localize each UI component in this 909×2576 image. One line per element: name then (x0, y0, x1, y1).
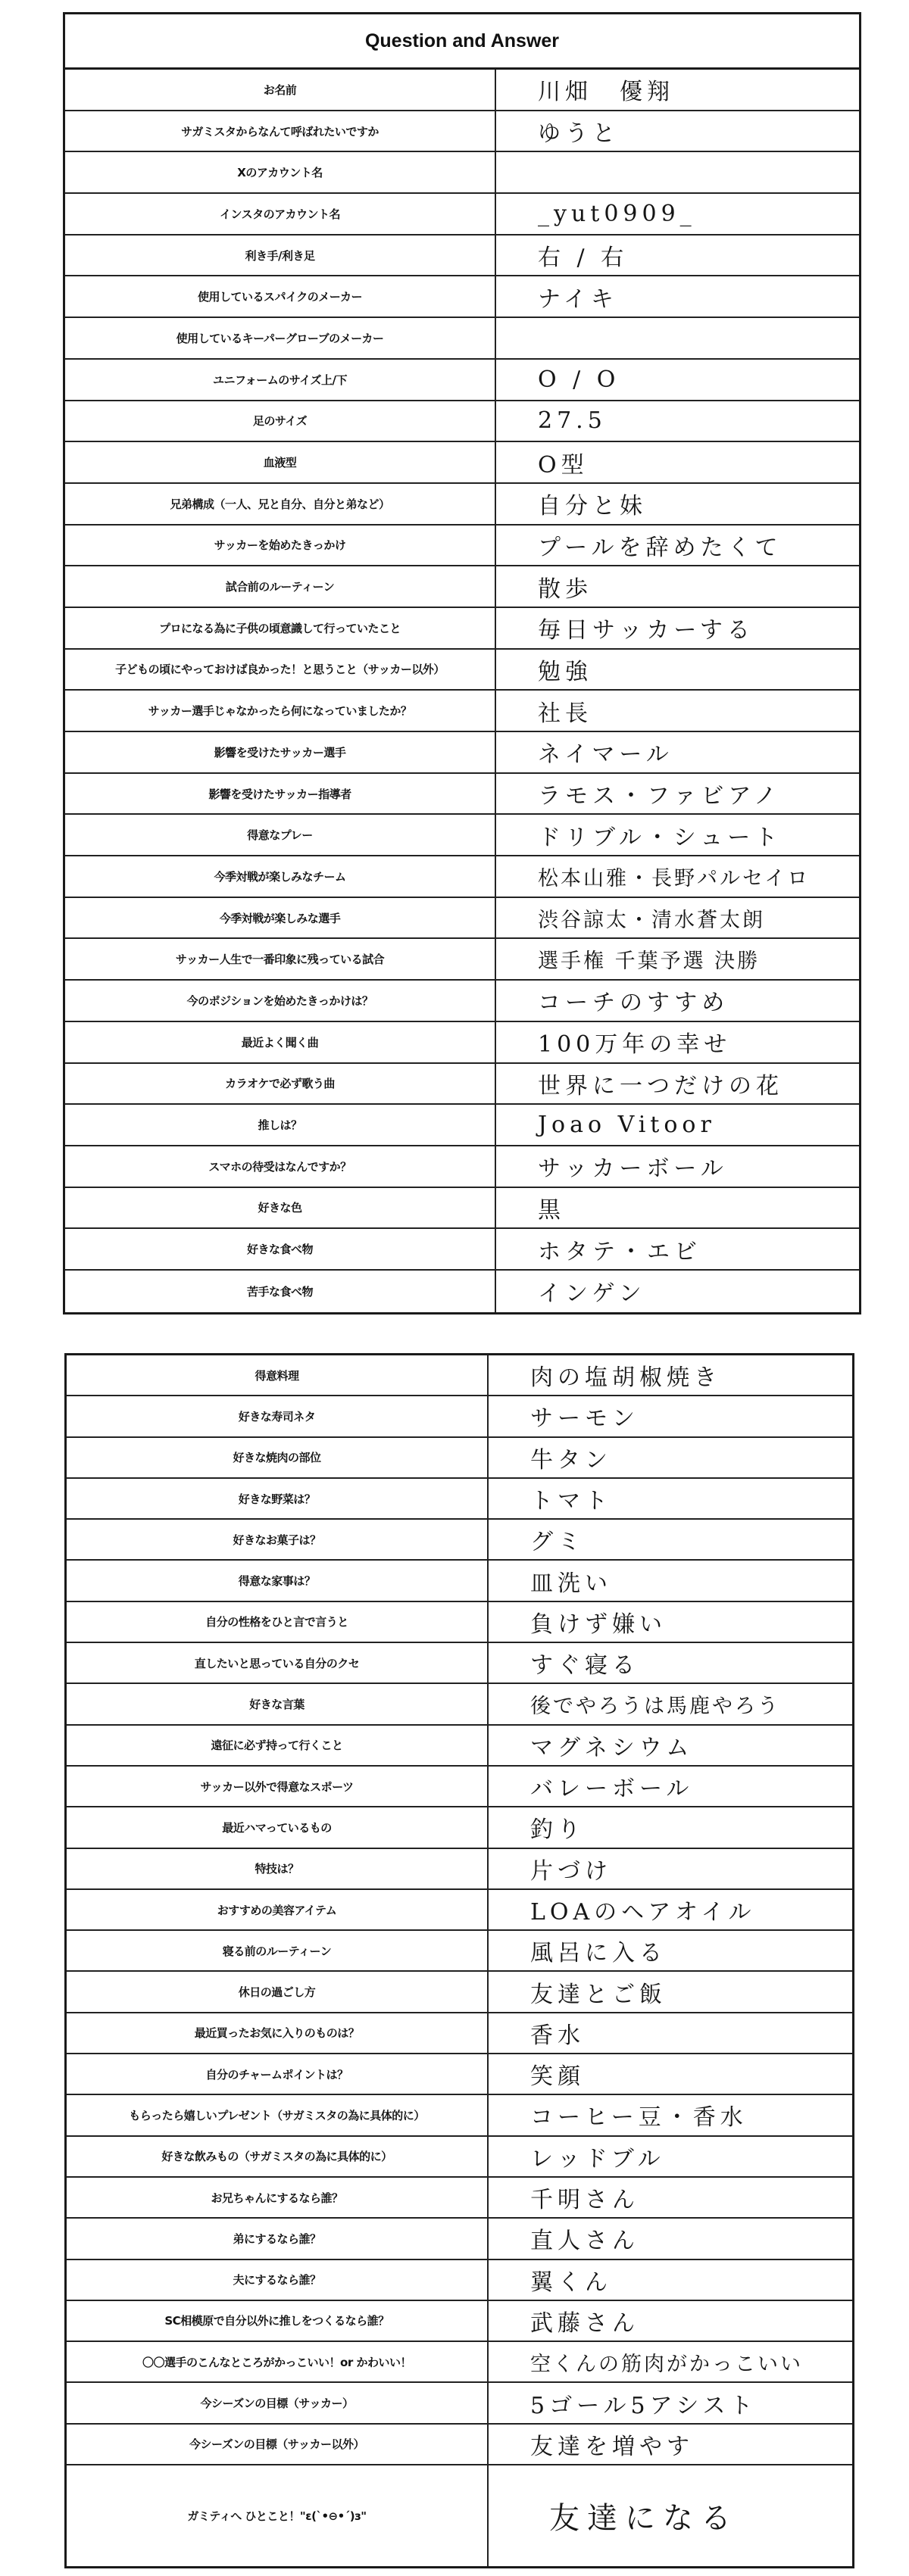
question-label: 試合前のルーティーン (65, 566, 496, 607)
question-label: SC相模原で自分以外に推しをつくるなら誰？ (67, 2301, 489, 2341)
qa-row: 最近買ったお気に入りのものは？香水 (67, 2013, 852, 2054)
handwritten-answer: レッドブル (489, 2137, 852, 2176)
qa-row: もらったら嬉しいプレゼント（サガミスタの為に具体的に）コーヒー豆・香水 (67, 2095, 852, 2136)
question-label: インスタのアカウント名 (65, 194, 496, 234)
question-label: 直したいと思っている自分のクセ (67, 1643, 489, 1683)
qa-row: 今季対戦が楽しみなチーム松本山雅・長野パルセイロ (65, 856, 859, 898)
question-label: スマホの待受はなんですか？ (65, 1146, 496, 1187)
handwritten-answer: 後でやろうは馬鹿やろう (489, 1684, 852, 1723)
handwritten-answer: 松本山雅・長野パルセイロ (496, 856, 859, 897)
question-label: 自分の性格をひと言で言うと (67, 1602, 489, 1642)
qa-row: プロになる為に子供の頃意識して行っていたこと毎日サッカーする (65, 608, 859, 650)
qa-row: 苦手な食べ物インゲン (65, 1271, 859, 1312)
question-label: カラオケで必ず歌う曲 (65, 1064, 496, 1104)
qa-row: 〇〇選手のこんなところがかっこいい！or かわいい！空くんの筋肉がかっこいい (67, 2342, 852, 2383)
qa-row: 得意な家事は？皿洗い (67, 1561, 852, 1601)
question-label: サッカーを始めたきっかけ (65, 525, 496, 566)
question-label: 子どもの頃にやっておけば良かった！と思うこと（サッカー以外） (65, 650, 496, 690)
qa-row: SC相模原で自分以外に推しをつくるなら誰？武藤さん (67, 2301, 852, 2342)
qa-row: 今のポジションを始めたきっかけは？コーチのすすめ (65, 981, 859, 1022)
handwritten-answer: 皿洗い (489, 1561, 852, 1600)
question-label: Xのアカウント名 (65, 152, 496, 192)
qa-row: 好きな言葉後でやろうは馬鹿やろう (67, 1684, 852, 1725)
qa-row: 影響を受けたサッカー指導者ラモス・ファビアノ (65, 774, 859, 816)
qa-row: 好きな焼肉の部位牛タン (67, 1438, 852, 1479)
handwritten-answer: ホタテ・エビ (496, 1229, 859, 1269)
qa-row: 弟にするなら誰？直人さん (67, 2219, 852, 2259)
handwritten-answer: グミ (489, 1520, 852, 1559)
question-label: 今シーズンの目標（サッカー） (67, 2383, 489, 2422)
qa-row: 好きな寿司ネタサーモン (67, 1396, 852, 1437)
handwritten-answer: 友達とご飯 (489, 1972, 852, 2011)
question-label: 今シーズンの目標（サッカー以外） (67, 2425, 489, 2464)
handwritten-answer: 5ゴール5アシスト (489, 2383, 852, 2422)
handwritten-answer: 川畑 優翔 (496, 70, 859, 110)
qa-row: 遠征に必ず持って行くことマグネシウム (67, 1726, 852, 1767)
handwritten-answer: O / O (496, 360, 859, 400)
qa-row: サッカー人生で一番印象に残っている試合選手権 千葉予選 決勝 (65, 939, 859, 981)
qa-table-2: 得意料理肉の塩胡椒焼き好きな寿司ネタサーモン好きな焼肉の部位牛タン好きな野菜は？… (64, 1353, 854, 2568)
handwritten-answer (496, 318, 859, 358)
handwritten-answer: サッカーボール (496, 1146, 859, 1187)
handwritten-answer: Joao Vitoor (496, 1105, 859, 1145)
question-label: 遠征に必ず持って行くこと (67, 1726, 489, 1765)
handwritten-answer: ラモス・ファビアノ (496, 774, 859, 814)
question-label: ユニフォームのサイズ上/下 (65, 360, 496, 400)
qa-row: 影響を受けたサッカー選手ネイマール (65, 732, 859, 774)
handwritten-answer: O型 (496, 442, 859, 482)
question-label: ガミティへ ひとこと！"ε(`•⊖•´)з" (67, 2465, 489, 2566)
question-label: 最近ハマっているもの (67, 1807, 489, 1847)
qa-row: 好きな野菜は？トマト (67, 1479, 852, 1520)
handwritten-answer: ネイマール (496, 732, 859, 772)
handwritten-answer: 自分と妹 (496, 484, 859, 524)
question-label: 血液型 (65, 442, 496, 482)
handwritten-answer: 笑顔 (489, 2054, 852, 2094)
question-label: 好きな言葉 (67, 1684, 489, 1723)
handwritten-answer: 武藤さん (489, 2301, 852, 2341)
qa-row: 子どもの頃にやっておけば良かった！と思うこと（サッカー以外）勉強 (65, 650, 859, 691)
handwritten-answer: 負けず嫌い (489, 1602, 852, 1642)
handwritten-answer: プールを辞めたくて (496, 525, 859, 566)
qa-row: 得意なプレードリブル・シュート (65, 815, 859, 856)
question-label: 好きな焼肉の部位 (67, 1438, 489, 1477)
qa-row: 自分の性格をひと言で言うと負けず嫌い (67, 1602, 852, 1643)
handwritten-answer: 牛タン (489, 1438, 852, 1477)
qa-row: おすすめの美容アイテムLOAのヘアオイル (67, 1890, 852, 1931)
handwritten-answer: 風呂に入る (489, 1931, 852, 1970)
question-label: 得意な家事は？ (67, 1561, 489, 1600)
question-label: サッカー人生で一番印象に残っている試合 (65, 939, 496, 979)
question-label: 好きな野菜は？ (67, 1479, 489, 1518)
qa-table-1: Question and Answer お名前川畑 優翔サガミスタからなんて呼ば… (63, 12, 861, 1315)
handwritten-answer: 100万年の幸せ (496, 1022, 859, 1062)
qa-row: 好きな食べ物ホタテ・エビ (65, 1229, 859, 1271)
handwritten-answer: 散歩 (496, 566, 859, 607)
question-label: お名前 (65, 70, 496, 110)
qa-row: 足のサイズ27.5 (65, 401, 859, 443)
qa-row: 直したいと思っている自分のクセすぐ寝る (67, 1643, 852, 1684)
handwritten-answer: 空くんの筋肉がかっこいい (489, 2342, 852, 2381)
qa-row: 推しは？Joao Vitoor (65, 1105, 859, 1146)
handwritten-answer: トマト (489, 1479, 852, 1518)
handwritten-answer: 右 / 右 (496, 235, 859, 276)
qa-row: 自分のチャームポイントは？笑顔 (67, 2054, 852, 2095)
question-label: 利き手/利き足 (65, 235, 496, 276)
qa-row: 好きな色黒 (65, 1188, 859, 1230)
qa-row: お名前川畑 優翔 (65, 70, 859, 111)
qa-row: インスタのアカウント名_yut0909_ (65, 194, 859, 235)
question-label: サッカー以外で得意なスポーツ (67, 1767, 489, 1806)
handwritten-answer: 片づけ (489, 1849, 852, 1888)
qa-row: ガミティへ ひとこと！"ε(`•⊖•´)з"友達になる (67, 2465, 852, 2566)
handwritten-answer: 渋谷諒太・清水蒼太朗 (496, 898, 859, 938)
question-label: もらったら嬉しいプレゼント（サガミスタの為に具体的に） (67, 2095, 489, 2135)
qa-row: サガミスタからなんて呼ばれたいですかゆうと (65, 111, 859, 153)
handwritten-answer: すぐ寝る (489, 1643, 852, 1683)
question-label: 寝る前のルーティーン (67, 1931, 489, 1970)
qa-row: 特技は？片づけ (67, 1849, 852, 1890)
question-label: 好きな寿司ネタ (67, 1396, 489, 1436)
handwritten-answer: 選手権 千葉予選 決勝 (496, 939, 859, 979)
qa-row: 利き手/利き足右 / 右 (65, 235, 859, 277)
question-label: 最近買ったお気に入りのものは？ (67, 2013, 489, 2053)
question-label: 得意料理 (67, 1355, 489, 1395)
qa-row: 最近よく聞く曲100万年の幸せ (65, 1022, 859, 1064)
question-label: サッカー選手じゃなかったら何になっていましたか？ (65, 691, 496, 731)
qa-row: 寝る前のルーティーン風呂に入る (67, 1931, 852, 1972)
handwritten-answer: バレーボール (489, 1767, 852, 1806)
question-label: おすすめの美容アイテム (67, 1890, 489, 1929)
qa-row: 今シーズンの目標（サッカー以外）友達を増やす (67, 2425, 852, 2465)
qa-row: 今シーズンの目標（サッカー）5ゴール5アシスト (67, 2383, 852, 2424)
handwritten-answer (496, 152, 859, 192)
question-label: 今季対戦が楽しみなチーム (65, 856, 496, 897)
qa-row: 血液型O型 (65, 442, 859, 484)
question-label: 特技は？ (67, 1849, 489, 1888)
handwritten-answer: 翼くん (489, 2260, 852, 2300)
question-label: 今のポジションを始めたきっかけは？ (65, 981, 496, 1021)
qa-row: 夫にするなら誰？翼くん (67, 2260, 852, 2301)
qa-row: サッカーを始めたきっかけプールを辞めたくて (65, 525, 859, 567)
qa-row: サッカー以外で得意なスポーツバレーボール (67, 1767, 852, 1807)
handwritten-answer: ドリブル・シュート (496, 815, 859, 855)
question-label: 苦手な食べ物 (65, 1271, 496, 1312)
question-label: 自分のチャームポイントは？ (67, 2054, 489, 2094)
question-label: 弟にするなら誰？ (67, 2219, 489, 2258)
question-label: 〇〇選手のこんなところがかっこいい！or かわいい！ (67, 2342, 489, 2381)
handwritten-answer: 釣り (489, 1807, 852, 1847)
handwritten-answer: ゆうと (496, 111, 859, 151)
handwritten-answer: 香水 (489, 2013, 852, 2053)
handwritten-answer: 勉強 (496, 650, 859, 690)
qa-row: 今季対戦が楽しみな選手渋谷諒太・清水蒼太朗 (65, 898, 859, 940)
handwritten-answer: コーヒー豆・香水 (489, 2095, 852, 2135)
question-label: 得意なプレー (65, 815, 496, 855)
question-label: 影響を受けたサッカー指導者 (65, 774, 496, 814)
qa-row: 使用しているキーパーグローブのメーカー (65, 318, 859, 360)
handwritten-answer: ナイキ (496, 276, 859, 317)
qa-row: 試合前のルーティーン散歩 (65, 566, 859, 608)
question-label: サガミスタからなんて呼ばれたいですか (65, 111, 496, 151)
qa-row: お兄ちゃんにするなら誰？千明さん (67, 2178, 852, 2219)
handwritten-answer: 黒 (496, 1188, 859, 1228)
qa-row: ユニフォームのサイズ上/下O / O (65, 360, 859, 401)
handwritten-answer: 友達になる (489, 2465, 852, 2566)
handwritten-answer: インゲン (496, 1271, 859, 1312)
question-label: 影響を受けたサッカー選手 (65, 732, 496, 772)
qa-row: Xのアカウント名 (65, 152, 859, 194)
question-label: 今季対戦が楽しみな選手 (65, 898, 496, 938)
qa-row: 得意料理肉の塩胡椒焼き (67, 1355, 852, 1396)
question-label: 好きなお菓子は？ (67, 1520, 489, 1559)
question-label: 夫にするなら誰？ (67, 2260, 489, 2300)
handwritten-answer: 直人さん (489, 2219, 852, 2258)
handwritten-answer: 世界に一つだけの花 (496, 1064, 859, 1104)
handwritten-answer: 肉の塩胡椒焼き (489, 1355, 852, 1395)
qa-row: 好きなお菓子は？グミ (67, 1520, 852, 1561)
qa-rows: 得意料理肉の塩胡椒焼き好きな寿司ネタサーモン好きな焼肉の部位牛タン好きな野菜は？… (67, 1355, 852, 2566)
handwritten-answer: サーモン (489, 1396, 852, 1436)
qa-row: スマホの待受はなんですか？サッカーボール (65, 1146, 859, 1188)
handwritten-answer: 社長 (496, 691, 859, 731)
question-label: プロになる為に子供の頃意識して行っていたこと (65, 608, 496, 648)
question-label: 休日の過ごし方 (67, 1972, 489, 2011)
page-title: Question and Answer (365, 30, 559, 52)
question-label: 好きな色 (65, 1188, 496, 1228)
qa-row: サッカー選手じゃなかったら何になっていましたか？社長 (65, 691, 859, 732)
qa-row: 好きな飲みもの（サガミスタの為に具体的に）レッドブル (67, 2137, 852, 2178)
handwritten-answer: LOAのヘアオイル (489, 1890, 852, 1929)
question-label: 最近よく聞く曲 (65, 1022, 496, 1062)
handwritten-answer: マグネシウム (489, 1726, 852, 1765)
qa-row: カラオケで必ず歌う曲世界に一つだけの花 (65, 1064, 859, 1106)
handwritten-answer: _yut0909_ (496, 194, 859, 234)
title-row: Question and Answer (65, 14, 859, 70)
question-label: 兄弟構成（一人、兄と自分、自分と弟など） (65, 484, 496, 524)
question-label: 足のサイズ (65, 401, 496, 441)
handwritten-answer: 毎日サッカーする (496, 608, 859, 648)
handwritten-answer: 千明さん (489, 2178, 852, 2217)
qa-rows: お名前川畑 優翔サガミスタからなんて呼ばれたいですかゆうとXのアカウント名インス… (65, 70, 859, 1312)
question-label: 好きな食べ物 (65, 1229, 496, 1269)
question-label: 好きな飲みもの（サガミスタの為に具体的に） (67, 2137, 489, 2176)
qa-row: 最近ハマっているもの釣り (67, 1807, 852, 1848)
handwritten-answer: 友達を増やす (489, 2425, 852, 2464)
handwritten-answer: 27.5 (496, 401, 859, 441)
question-label: 推しは？ (65, 1105, 496, 1145)
question-label: 使用しているスパイクのメーカー (65, 276, 496, 317)
question-label: お兄ちゃんにするなら誰？ (67, 2178, 489, 2217)
qa-row: 兄弟構成（一人、兄と自分、自分と弟など）自分と妹 (65, 484, 859, 525)
qa-row: 使用しているスパイクのメーカーナイキ (65, 276, 859, 318)
qa-row: 休日の過ごし方友達とご飯 (67, 1972, 852, 2013)
question-label: 使用しているキーパーグローブのメーカー (65, 318, 496, 358)
handwritten-answer: コーチのすすめ (496, 981, 859, 1021)
